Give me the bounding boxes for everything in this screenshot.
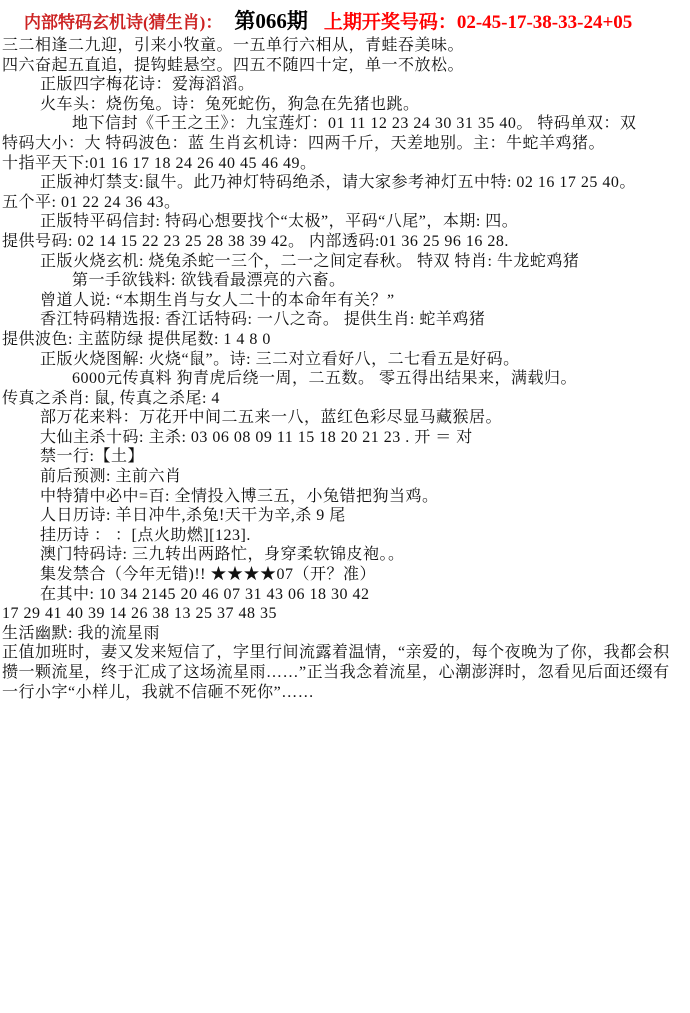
text-line: 集发禁合（今年无错)!! ★★★★07（开？准） (0, 565, 690, 585)
text-line: 第一手欲钱料: 欲钱看最漂亮的六畜。 (0, 271, 690, 291)
text-line: 正版四字梅花诗：爱海滔滔。 (0, 75, 690, 95)
last-draw-numbers: 上期开奖号码：02-45-17-38-33-24+05 (324, 7, 632, 34)
text-line: 提供号码: 02 14 15 22 23 25 28 38 39 42。 内部透… (0, 232, 690, 252)
text-line: 正版火烧图解: 火烧“鼠”。诗: 三二对立看好八，二七看五是好码。 (0, 350, 690, 370)
body-lines: 三二相逢二九迎，引来小牧童。一五单行六相从，青蛙吞美味。四六奋起五直追，提钩蛙悬… (0, 36, 690, 702)
text-line: 中特猜中必中=百: 全情投入博三五，小兔错把狗当鸡。 (0, 487, 690, 507)
text-line: 攒一颗流星，终于汇成了这场流星雨……”正当我念着流星，心潮澎湃时，忽看见后面还缀… (0, 663, 690, 683)
text-line: 正版特平码信封: 特码心想要找个“太极”，平码“八尾”，本期: 四。 (0, 212, 690, 232)
text-line: 17 29 41 40 39 14 26 38 13 25 37 48 35 (0, 604, 690, 624)
text-line: 挂历诗 ： ：[点火助燃][123]. (0, 526, 690, 546)
text-line: 正版火烧玄机: 烧兔杀蛇一三个，二一之间定春秋。 特双 特肖: 牛龙蛇鸡猪 (0, 252, 690, 272)
text-line: 正值加班时，妻又发来短信了，字里行间流露着温情，“亲爱的，每个夜晚为了你，我都会… (0, 643, 690, 663)
text-line: 四六奋起五直追，提钩蛙悬空。四五不随四十定，单一不放松。 (0, 56, 690, 76)
text-line: 澳门特码诗: 三九转出两路忙，身穿柔软锦皮袍。。 (0, 545, 690, 565)
text-line: 部万花来料：万花开中间二五来一八，蓝红色彩尽显马藏猴居。 (0, 408, 690, 428)
text-line: 五个平: 01 22 24 36 43。 (0, 193, 690, 213)
text-line: 在其中: 10 34 2145 20 46 07 31 43 06 18 30 … (0, 585, 690, 605)
text-line: 前后预测: 主前六肖 (0, 467, 690, 487)
text-line: 香江特码精选报: 香江话特码: 一八之奇。 提供生肖: 蛇羊鸡猪 (0, 310, 690, 330)
text-line: 禁一行:【土】 (0, 447, 690, 467)
text-line: 6000元传真料 狗青虎后绕一周，二五数。 零五得出结果来，满载归。 (0, 369, 690, 389)
sheet-title: 内部特码玄机诗(猜生肖)： (24, 8, 222, 33)
text-line: 一行小字“小样儿，我就不信砸不死你”…… (0, 683, 690, 703)
text-line: 生活幽默: 我的流星雨 (0, 624, 690, 644)
text-line: 人日历诗: 羊日冲牛,杀兔!天干为辛,杀 9 尾 (0, 506, 690, 526)
lottery-tip-sheet: 内部特码玄机诗(猜生肖)： 第066期 上期开奖号码：02-45-17-38-3… (0, 0, 690, 1013)
sheet-header: 内部特码玄机诗(猜生肖)： 第066期 上期开奖号码：02-45-17-38-3… (0, 0, 690, 36)
text-line: 曾道人说: “本期生肖与女人二十的本命年有关？” (0, 291, 690, 311)
text-line: 地下信封《千王之王》：九宝莲灯：01 11 12 23 24 30 31 35 … (0, 114, 690, 134)
text-line: 三二相逢二九迎，引来小牧童。一五单行六相从，青蛙吞美味。 (0, 36, 690, 56)
text-line: 提供波色: 主蓝防绿 提供尾数: 1 4 8 0 (0, 330, 690, 350)
text-line: 正版神灯禁支:鼠牛。此乃神灯特码绝杀，请大家参考神灯五中特: 02 16 17 … (0, 173, 690, 193)
text-line: 传真之杀肖: 鼠, 传真之杀尾: 4 (0, 389, 690, 409)
text-line: 特码大小：大 特码波色：蓝 生肖玄机诗：四两千斤，天差地别。主：牛蛇羊鸡猪。 (0, 134, 690, 154)
text-line: 火车头：烧伤兔。诗：兔死蛇伤，狗急在先猪也跳。 (0, 95, 690, 115)
text-line: 大仙主杀十码: 主杀: 03 06 08 09 11 15 18 20 21 2… (0, 428, 690, 448)
issue-number: 第066期 (234, 5, 308, 35)
text-line: 十指平天下:01 16 17 18 24 26 40 45 46 49。 (0, 154, 690, 174)
